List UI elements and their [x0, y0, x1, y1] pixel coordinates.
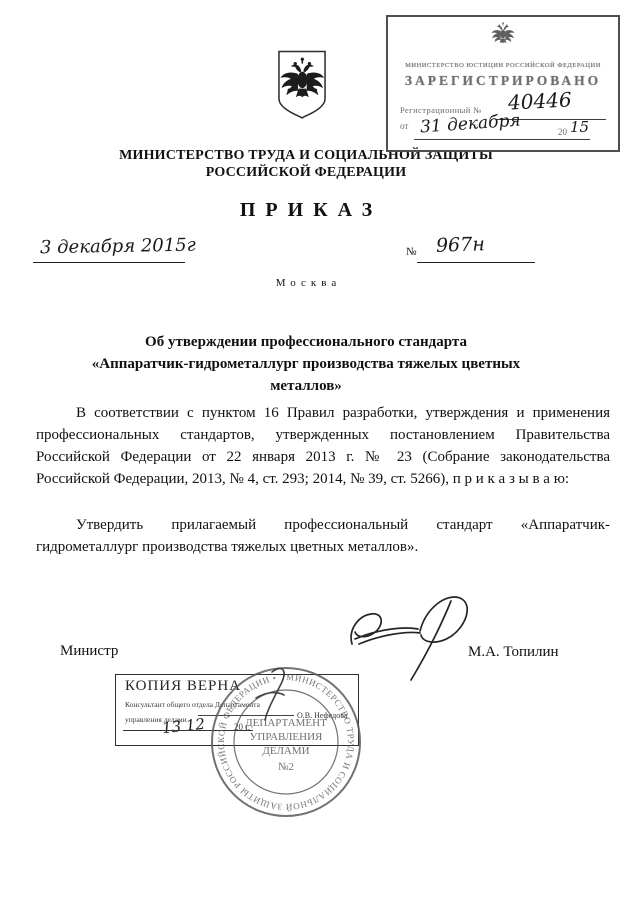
body-paragraph-1: В соответствии с пунктом 16 Правил разра…: [36, 402, 610, 490]
minister-title: Министр: [60, 643, 118, 660]
round-stamp-center-line4: №2: [278, 761, 294, 773]
reg-stamp-year-printed: 20: [558, 127, 567, 137]
ministry-name: МИНИСТЕРСТВО ТРУДА И СОЦИАЛЬНОЙ ЗАЩИТЫ Р…: [0, 147, 612, 181]
subject-title: Об утверждении профессионального стандар…: [0, 331, 612, 397]
reg-stamp-from-label: от: [400, 121, 408, 131]
order-number-handwritten: 967н: [436, 233, 486, 257]
reg-stamp-year-handwritten: 15: [570, 118, 589, 136]
order-number-underline: [417, 262, 535, 263]
city-label: Москва: [0, 277, 612, 289]
subject-line1: Об утверждении профессионального стандар…: [0, 331, 612, 353]
round-stamp-icon: МИНИСТЕРСТВО ТРУДА И СОЦИАЛЬНОЙ ЗАЩИТЫ Р…: [206, 662, 366, 822]
order-date-handwritten: 3 декабря 2015г: [40, 235, 190, 259]
body-paragraph-2: Утвердить прилагаемый профессиональный с…: [36, 514, 610, 558]
reg-stamp-ministry-line: МИНИСТЕРСТВО ЮСТИЦИИ РОССИЙСКОЙ ФЕДЕРАЦИ…: [388, 62, 618, 69]
order-number-sign: №: [406, 246, 417, 258]
subject-line2: «Аппаратчик-гидрометаллург производства …: [0, 353, 612, 375]
coat-of-arms-icon: [270, 42, 334, 134]
reg-date-underline: [414, 139, 590, 140]
round-stamp-center-line1: ДЕПАРТАМЕНТ: [245, 717, 327, 729]
mini-coat-of-arms-icon: [488, 20, 518, 47]
doc-type-title: ПРИКАЗ: [0, 199, 612, 222]
scanned-order-document: МИНИСТЕРСТВО ЮСТИЦИИ РОССИЙСКОЙ ФЕДЕРАЦИ…: [0, 0, 640, 905]
registration-stamp: МИНИСТЕРСТВО ЮСТИЦИИ РОССИЙСКОЙ ФЕДЕРАЦИ…: [386, 15, 620, 152]
ministry-name-line2: РОССИЙСКОЙ ФЕДЕРАЦИИ: [0, 164, 612, 181]
reg-stamp-registered-label: ЗАРЕГИСТРИРОВАНО: [388, 73, 618, 89]
round-stamp-center-line2: УПРАВЛЕНИЯ: [250, 731, 323, 743]
round-stamp-center-line3: ДЕЛАМИ: [262, 745, 309, 757]
subject-line3: металлов»: [0, 375, 612, 397]
copy-stamp-date-handwritten: 13 12: [161, 715, 206, 737]
order-date-underline: [33, 262, 185, 263]
